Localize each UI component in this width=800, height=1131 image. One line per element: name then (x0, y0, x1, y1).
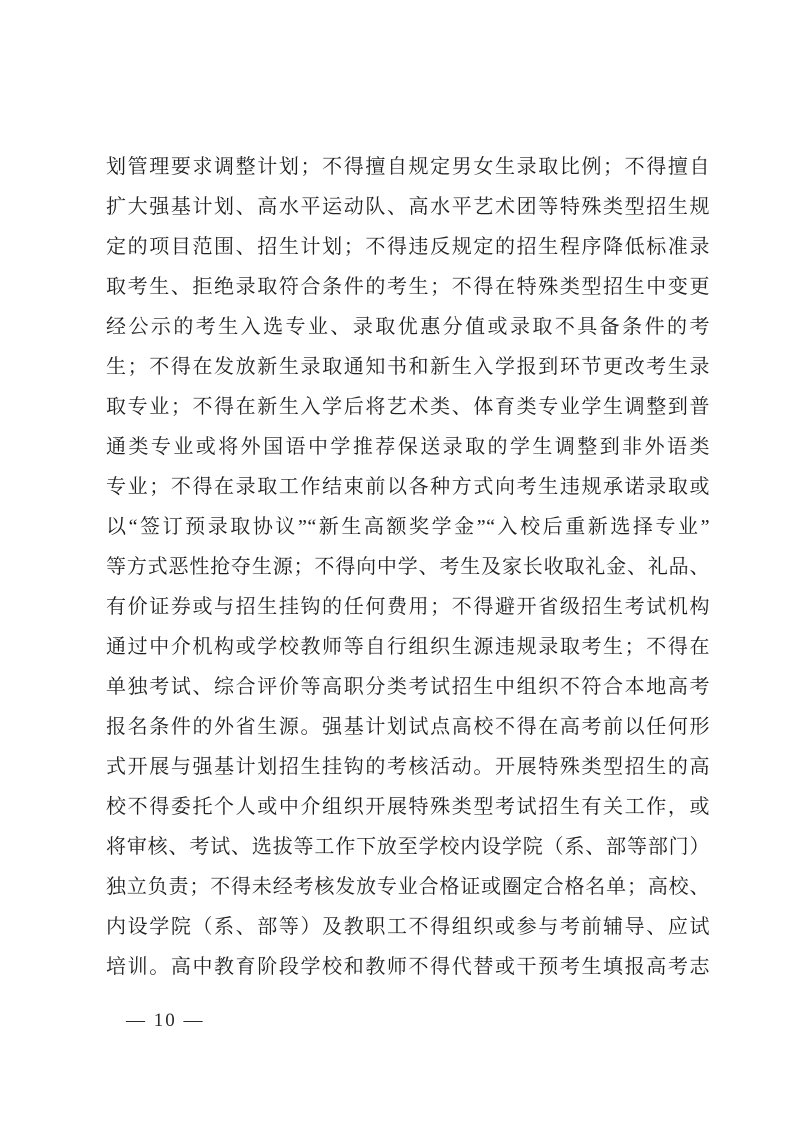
text-line: 有价证券或与招生挂钩的任何费用；不得避开省级招生考试机构 (106, 587, 710, 627)
text-line: 划管理要求调整计划；不得擅自规定男女生录取比例；不得擅自 (106, 147, 710, 187)
document-page: 划管理要求调整计划；不得擅自规定男女生录取比例；不得擅自 扩大强基计划、高水平运… (0, 0, 800, 1131)
text-line: 独立负责；不得未经考核发放专业合格证或圈定合格名单；高校、 (106, 867, 710, 907)
text-line: 经公示的考生入选专业、录取优惠分值或录取不具备条件的考 (106, 307, 710, 347)
page-number: — 10 — (126, 1008, 205, 1034)
text-line: 专业；不得在录取工作结束前以各种方式向考生违规承诺录取或 (106, 467, 710, 507)
text-line: 生；不得在发放新生录取通知书和新生入学报到环节更改考生录 (106, 347, 710, 387)
text-line: 通过中介机构或学校教师等自行组织生源违规录取考生；不得在 (106, 627, 710, 667)
text-line: 定的项目范围、招生计划；不得违反规定的招生程序降低标准录 (106, 227, 710, 267)
text-line: 校不得委托个人或中介组织开展特殊类型考试招生有关工作，或 (106, 787, 710, 827)
body-text: 划管理要求调整计划；不得擅自规定男女生录取比例；不得擅自 扩大强基计划、高水平运… (106, 147, 710, 987)
text-line: 通类专业或将外国语中学推荐保送录取的学生调整到非外语类 (106, 427, 710, 467)
text-line: 式开展与强基计划招生挂钩的考核活动。开展特殊类型招生的高 (106, 747, 710, 787)
text-line: 单独考试、综合评价等高职分类考试招生中组织不符合本地高考 (106, 667, 710, 707)
text-line: 扩大强基计划、高水平运动队、高水平艺术团等特殊类型招生规 (106, 187, 710, 227)
text-line: 取考生、拒绝录取符合条件的考生；不得在特殊类型招生中变更 (106, 267, 710, 307)
text-line: 等方式恶性抢夺生源；不得向中学、考生及家长收取礼金、礼品、 (106, 547, 710, 587)
text-line: 报名条件的外省生源。强基计划试点高校不得在高考前以任何形 (106, 707, 710, 747)
text-line: 内设学院（系、部等）及教职工不得组织或参与考前辅导、应试 (106, 907, 710, 947)
text-line: 以“签订预录取协议”“新生高额奖学金”“入校后重新选择专业” (106, 507, 710, 547)
text-line: 将审核、考试、选拔等工作下放至学校内设学院（系、部等部门） (106, 827, 710, 867)
text-line: 培训。高中教育阶段学校和教师不得代替或干预考生填报高考志 (106, 947, 710, 987)
text-line: 取专业；不得在新生入学后将艺术类、体育类专业学生调整到普 (106, 387, 710, 427)
